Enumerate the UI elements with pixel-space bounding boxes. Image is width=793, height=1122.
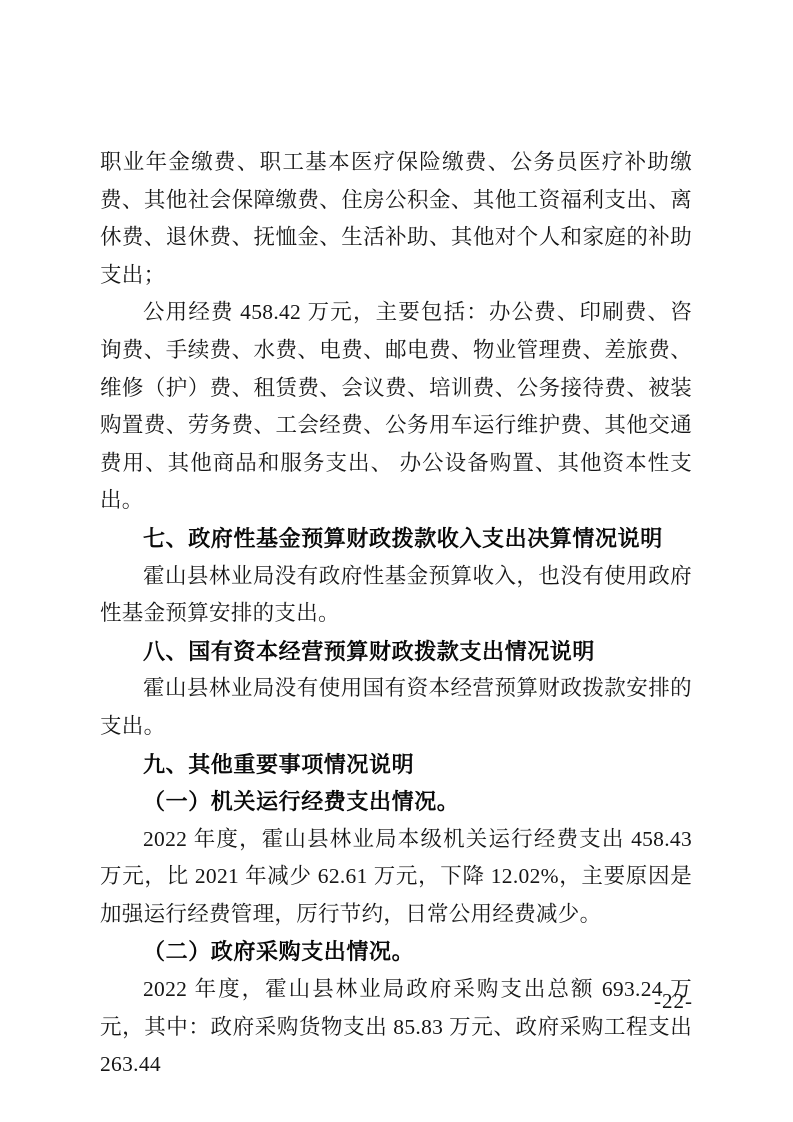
section-heading: 八、国有资本经营预算财政拨款支出情况说明	[100, 633, 692, 671]
body-paragraph: 2022 年度，霍山县林业局政府采购支出总额 693.24 万元，其中：政府采购…	[100, 971, 692, 1084]
section-heading: 七、政府性基金预算财政拨款收入支出决算情况说明	[100, 520, 692, 558]
section-heading: （二）政府采购支出情况。	[100, 933, 692, 971]
body-paragraph: 公用经费 458.42 万元，主要包括：办公费、印刷费、咨询费、手续费、水费、电…	[100, 294, 692, 520]
body-paragraph: 2022 年度，霍山县林业局本级机关运行经费支出 458.43 万元，比 202…	[100, 821, 692, 934]
document-body: 职业年金缴费、职工基本医疗保险缴费、公务员医疗补助缴费、其他社会保障缴费、住房公…	[100, 144, 692, 1084]
document-page: 职业年金缴费、职工基本医疗保险缴费、公务员医疗补助缴费、其他社会保障缴费、住房公…	[0, 0, 793, 1122]
section-heading: 九、其他重要事项情况说明	[100, 746, 692, 784]
body-paragraph: 霍山县林业局没有政府性基金预算收入，也没有使用政府性基金预算安排的支出。	[100, 558, 692, 633]
page-number: -22-	[654, 988, 693, 1014]
body-paragraph: 霍山县林业局没有使用国有资本经营预算财政拨款安排的支出。	[100, 670, 692, 745]
body-paragraph: 职业年金缴费、职工基本医疗保险缴费、公务员医疗补助缴费、其他社会保障缴费、住房公…	[100, 144, 692, 294]
section-heading: （一）机关运行经费支出情况。	[100, 783, 692, 821]
